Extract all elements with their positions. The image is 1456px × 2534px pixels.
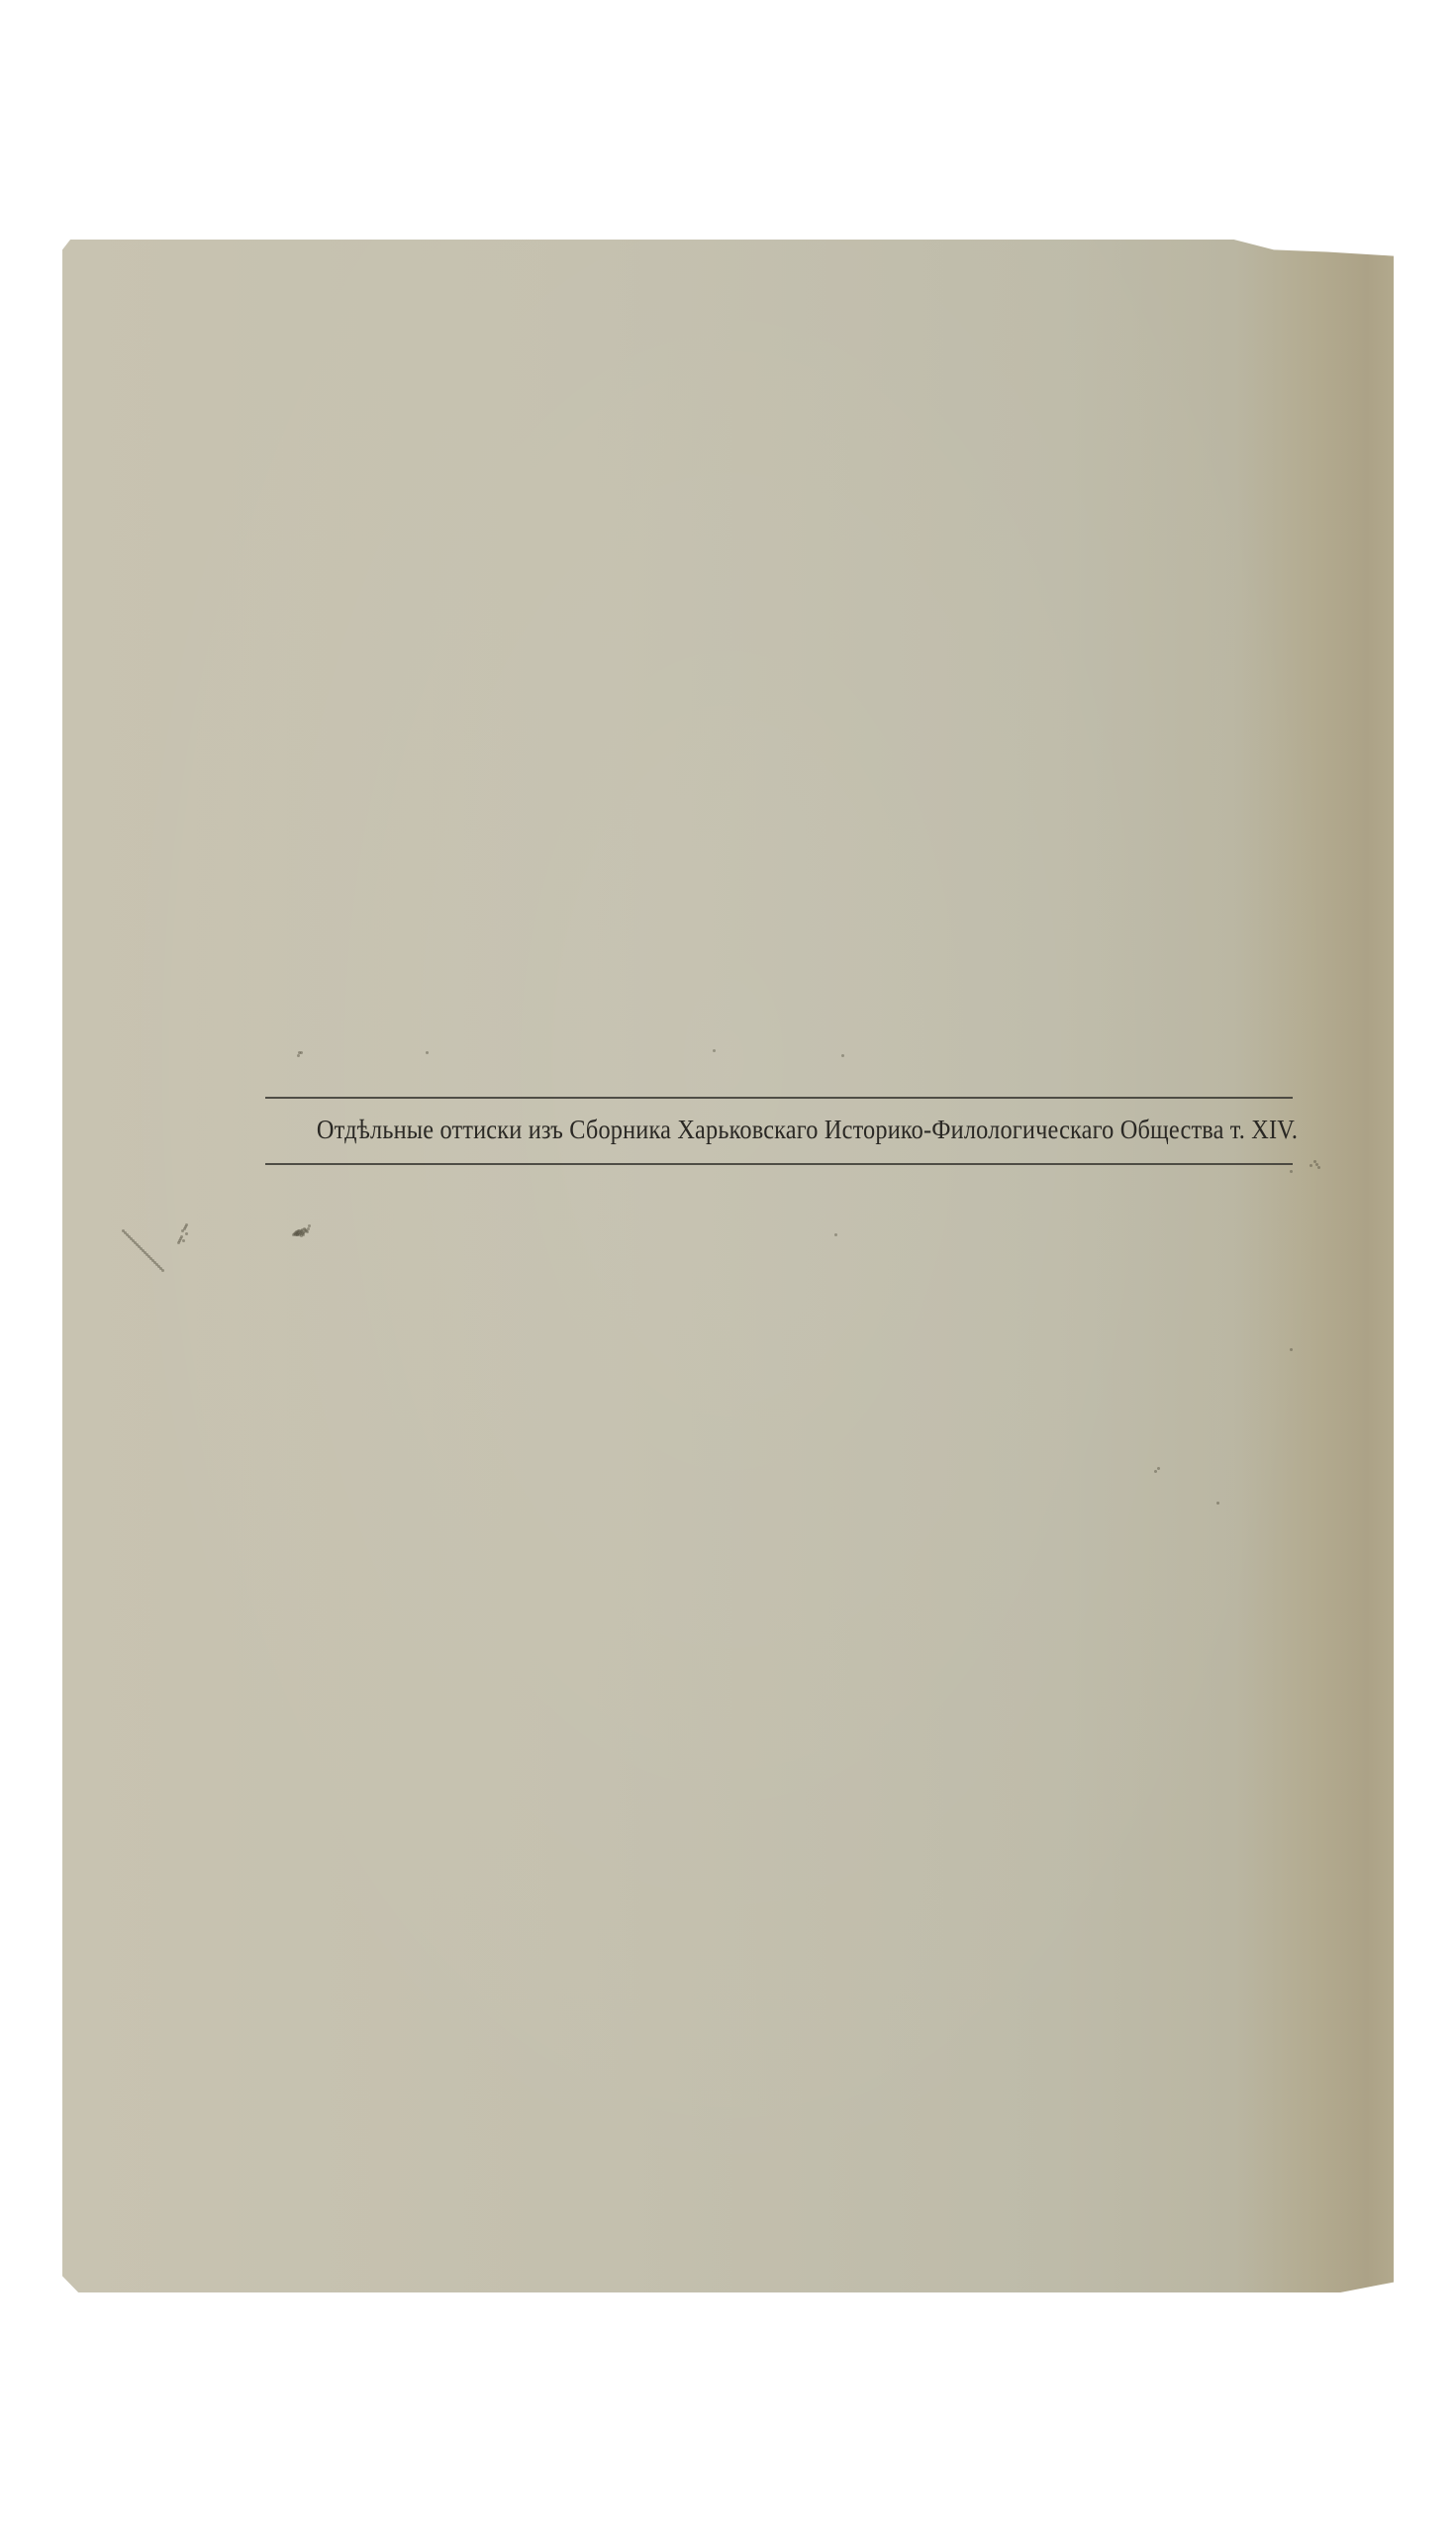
paper-speck	[299, 1232, 302, 1235]
paper-speck	[142, 1249, 145, 1252]
paper-speck	[834, 1233, 837, 1236]
paper-speck	[1313, 1160, 1316, 1163]
paper-speck	[1216, 1502, 1219, 1505]
paper-speck	[298, 1051, 301, 1054]
paper-speck	[300, 1051, 303, 1054]
paper-speck	[134, 1241, 137, 1244]
paper-speck	[178, 1239, 181, 1242]
paper-speck	[1154, 1470, 1157, 1473]
paper-speck	[149, 1257, 152, 1260]
paper-speck	[177, 1241, 180, 1244]
paper-speck	[303, 1227, 306, 1230]
paper-speck	[147, 1255, 150, 1258]
paper-speck	[299, 1231, 302, 1234]
paper-speck	[302, 1231, 305, 1234]
paper-speck	[300, 1229, 303, 1232]
paper-speck	[306, 1230, 309, 1233]
series-note: Отдѣльные оттиски изъ Сборника Харьковск…	[317, 1099, 1241, 1163]
paper-speck	[298, 1233, 301, 1236]
paper-speck	[293, 1232, 296, 1235]
paper-speck	[185, 1223, 188, 1226]
paper-speck	[300, 1234, 303, 1237]
series-note-block: Отдѣльные оттиски изъ Сборника Харьковск…	[265, 1097, 1293, 1165]
paper-speck	[294, 1233, 297, 1236]
paper-speck	[297, 1054, 300, 1057]
bottom-rule	[265, 1163, 1293, 1165]
paper-speck	[184, 1225, 187, 1228]
paper-speck	[126, 1233, 129, 1236]
paper-speck	[305, 1229, 308, 1232]
paper-speck	[157, 1265, 160, 1268]
paper-speck	[161, 1269, 164, 1272]
book-page	[62, 240, 1394, 2292]
paper-speck	[144, 1251, 146, 1254]
paper-speck	[151, 1259, 154, 1262]
paper-speck	[303, 1230, 306, 1233]
paper-speck	[140, 1247, 143, 1250]
paper-speck	[185, 1232, 188, 1235]
paper-speck	[124, 1231, 127, 1234]
paper-speck	[130, 1237, 133, 1240]
paper-speck	[296, 1233, 299, 1236]
paper-speck	[841, 1054, 844, 1057]
paper-speck	[304, 1228, 307, 1231]
paper-speck	[1290, 1170, 1293, 1173]
paper-speck	[301, 1232, 304, 1235]
paper-speck	[136, 1243, 139, 1246]
paper-speck	[301, 1228, 304, 1231]
paper-speck	[300, 1230, 303, 1233]
paper-speck	[182, 1239, 185, 1242]
paper-speck	[292, 1233, 295, 1236]
paper-speck	[426, 1051, 429, 1054]
paper-speck	[138, 1245, 141, 1248]
paper-speck	[122, 1229, 125, 1232]
paper-speck	[153, 1261, 156, 1264]
paper-speck	[296, 1232, 299, 1235]
paper-speck	[294, 1231, 297, 1234]
paper-speck	[132, 1239, 135, 1242]
paper-speck	[1290, 1348, 1293, 1351]
paper-speck	[155, 1263, 158, 1266]
paper-speck	[295, 1232, 299, 1236]
paper-speck	[179, 1237, 182, 1240]
paper-speck	[128, 1235, 131, 1238]
paper-speck	[180, 1235, 183, 1238]
paper-speck	[1315, 1163, 1318, 1166]
paper-speck	[297, 1231, 300, 1234]
paper-speck	[1310, 1164, 1312, 1167]
paper-speck	[297, 1229, 300, 1232]
paper-speck	[1157, 1467, 1160, 1470]
paper-speck	[296, 1230, 299, 1233]
paper-speck	[183, 1227, 186, 1230]
paper-speck	[181, 1229, 184, 1232]
paper-speck	[298, 1229, 301, 1232]
paper-speck	[159, 1267, 162, 1270]
paper-speck	[295, 1230, 298, 1233]
paper-speck	[308, 1224, 311, 1227]
paper-speck	[302, 1233, 305, 1236]
paper-speck	[1317, 1166, 1320, 1169]
paper-speck	[307, 1227, 310, 1230]
paper-speck	[713, 1049, 716, 1052]
paper-speck	[146, 1253, 148, 1256]
